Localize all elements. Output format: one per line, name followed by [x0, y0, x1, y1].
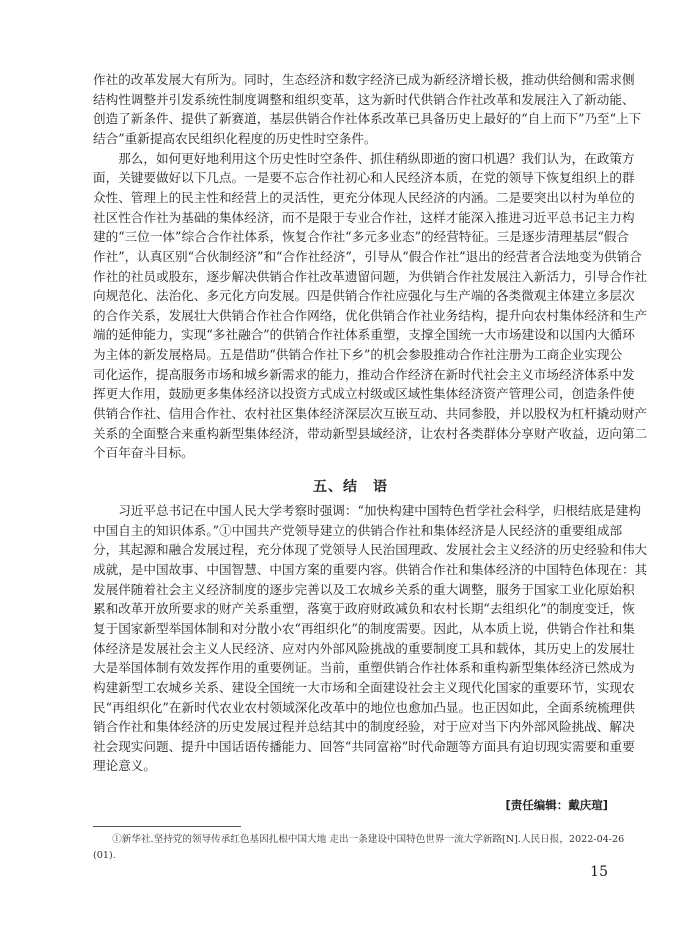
- body-text-line: 社会现实问题、提升中国话语传播能力、回答“共同富裕”时代命题等方面具有迫切现实需…: [93, 737, 608, 757]
- body-text-line: 成就，是中国故事、中国智慧、中国方案的重要内容。供销合作社和集体经济的中国特色体…: [93, 560, 608, 580]
- body-text-line: 作社的改革发展大有所为。同时，生态经济和数字经济已成为新经济增长极，推动供给侧和…: [93, 70, 608, 90]
- editor-note: [责任编辑：戴庆瑄]: [505, 797, 608, 813]
- body-text-line: 社区性合作社为基础的集体经济，而不是限于专业合作社，这样才能深入推进习近平总书记…: [93, 208, 608, 228]
- body-text-line: 建的“三位一体”综合合作社体系，恢复合作社“多元多业态”的经营特征。三是逐步清理…: [93, 227, 608, 247]
- footnote-line: ①新华社.坚持党的领导传承红色基因扎根中国大地 走出一条建设中国特色世界一流大学…: [93, 832, 608, 847]
- footnote-divider: [93, 826, 241, 827]
- body-text-line: 中国自主的知识体系。”①中国共产党领导建立的供销合作社和集体经济是人民经济的重要…: [93, 521, 608, 541]
- body-text-line: 向规范化、法治化、多元化方向发展。四是供销合作社应强化与生产端的各类微观主体建立…: [93, 286, 608, 306]
- body-text-line: 挥更大作用，鼓励更多集体经济以投资方式成立村级或区域性集体经济资产管理公司，创造…: [93, 384, 608, 404]
- body-text-line: 作社的社员或股东，逐步解决供销合作社改革遗留问题，为供销合作社发展注入新活力，引…: [93, 267, 608, 287]
- body-text-line: 结合”重新提高农民组织化程度的历史性时空条件。: [93, 129, 608, 149]
- body-text-line: 发展伴随着社会主义经济制度的逐步完善以及工农城乡关系的重大调整，服务于国家工业化…: [93, 580, 608, 600]
- body-text-line: 面，关键要做好以下几点。一是要不忘合作社初心和人民经济本质，在党的领导下恢复组织…: [93, 168, 608, 188]
- body-text-line: 作社”，认真区别“合伙制经济”和“合作社经济”，引导从“假合作社”退出的经营者合…: [93, 247, 608, 267]
- body-text-line: 民“再组织化”在新时代农业农村领域深化改革中的地位也愈加凸显。也正因如此，全面系…: [93, 698, 608, 718]
- body-text-line: 创造了新条件、提供了新赛道，基层供销合作社体系改革已具备历史上最好的“自上而下”…: [93, 109, 608, 129]
- body-text-line: 销合作社和集体经济的历史发展过程并总结其中的制度经验，对于应对当下内外部风险挑战…: [93, 717, 608, 737]
- footnote-line: (01).: [93, 848, 608, 863]
- body-text-line: 体经济是发展社会主义人民经济、应对内外部风险挑战的重要制度工具和载体，其历史上的…: [93, 639, 608, 659]
- body-text-line: 供销合作社、信用合作社、农村社区集体经济深层次互嵌互动、共同参股，并以股权为杠杆…: [93, 404, 608, 424]
- body-text-line: 的合作关系，发展壮大供销合作社合作网络，优化供销合作社业务结构，提升向农村集体经…: [93, 306, 608, 326]
- body-text-line: 端的延伸能力，实现“多社融合”的供销合作社体系重塑，支撑全国统一大市场建设和以国…: [93, 325, 608, 345]
- body-text-line: 分，其起源和融合发展过程，充分体现了党领导人民治国理政、发展社会主义经济的历史经…: [93, 540, 608, 560]
- section-heading: 五、结 语: [93, 477, 608, 497]
- body-text-line: 司化运作，提高服务市场和城乡新需求的能力，推动合作经济在新时代社会主义市场经济体…: [93, 365, 608, 385]
- body-text-line: 累和改革开放所要求的财产关系重塑，落寞于政府财政减负和农村长期“去组织化”的制度…: [93, 599, 608, 619]
- body-text-line: 关系的全面整合来重构新型集体经济，带动新型县域经济，让农村各类群体分享财产收益，…: [93, 424, 608, 444]
- body-text-line: 众性、管理上的民主性和经营上的灵活性，更充分体现人民经济的内涵。二是要突出以村为…: [93, 188, 608, 208]
- body-text-line: 为主体的新发展格局。五是借助“供销合作社下乡”的机会参股推动合作社注册为工商企业…: [93, 345, 608, 365]
- body-text-line: 大是举国体制有效发挥作用的重要例证。当前，重塑供销合作社体系和重构新型集体经济已…: [93, 658, 608, 678]
- body-text-line: 那么，如何更好地利用这个历史性时空条件、抓住稍纵即逝的窗口机遇？我们认为，在政策…: [93, 149, 608, 169]
- body-text-line: 结构性调整并引发系统性制度调整和组织变革，这为新时代供销合作社改革和发展注入了新…: [93, 90, 608, 110]
- body-text-line: 理论意义。: [93, 756, 608, 776]
- body-text-line: 个百年奋斗目标。: [93, 443, 608, 463]
- page-number: 15: [590, 863, 608, 881]
- body-text-line: 习近平总书记在中国人民大学考察时强调：“加快构建中国特色哲学社会科学，归根结底是…: [93, 501, 608, 521]
- body-text-line: 构建新型工农城乡关系、建设全国统一大市场和全面建设社会主义现代化国家的重要环节，…: [93, 678, 608, 698]
- body-text-line: 复于国家新型举国体制和对分散小农“再组织化”的制度需要。因此，从本质上说，供销合…: [93, 619, 608, 639]
